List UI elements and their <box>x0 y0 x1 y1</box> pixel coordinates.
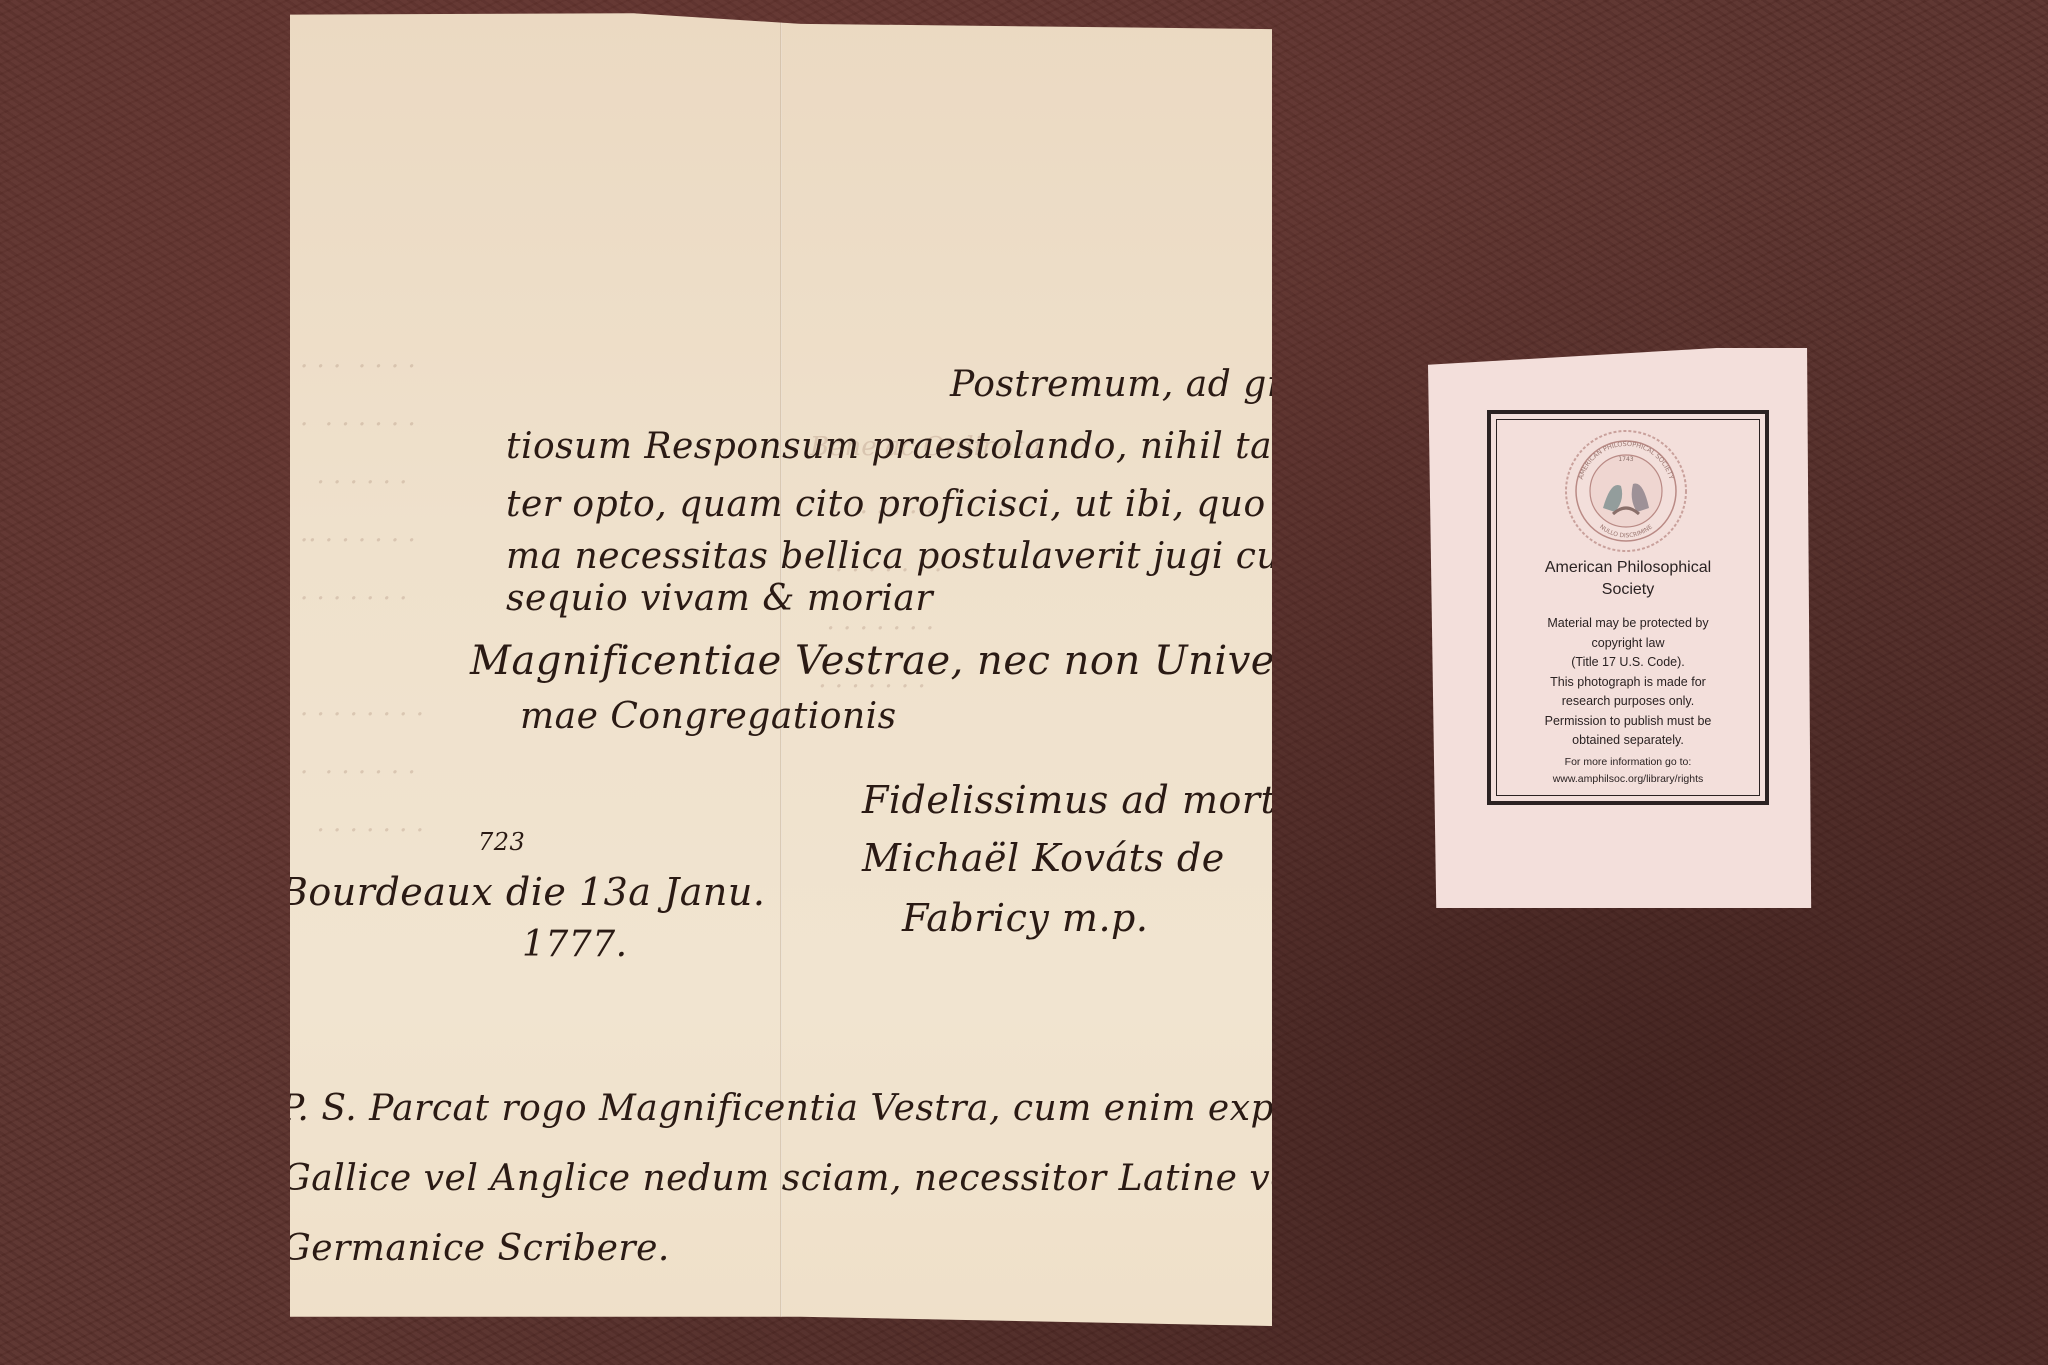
society-name-line: American Philosophical <box>1491 557 1765 579</box>
society-seal-icon: 1743 AMERICAN PHILOSOPHICAL SOCIETY NULL… <box>1563 428 1689 554</box>
card-border: 1743 AMERICAN PHILOSOPHICAL SOCIETY NULL… <box>1487 410 1769 805</box>
notice-line: Permission to publish must be <box>1491 712 1765 732</box>
letter-line: ma necessitas bellica postulaverit jugi … <box>506 536 1396 577</box>
rights-url: www.amphilsoc.org/library/rights <box>1491 771 1765 788</box>
notice-line: This photograph is made for <box>1491 673 1765 693</box>
notice-line: copyright law <box>1491 634 1765 654</box>
postscript-line: P. S. Parcat rogo Magnificentia Vestra, … <box>280 1088 1368 1129</box>
postscript-line: Germanice Scribere. <box>282 1228 670 1269</box>
date-superscript: 723 <box>478 828 525 856</box>
letter-line: ter opto, quam cito proficisci, ut ibi, … <box>506 484 1385 525</box>
manuscript-letter: · · · · · · · · · · · · · · · · · · · · … <box>290 8 1272 1326</box>
notice-line: (Title 17 U.S. Code). <box>1491 653 1765 673</box>
svg-text:1743: 1743 <box>1618 456 1633 463</box>
place-date: Bourdeaux die 13a Janu. <box>280 870 765 914</box>
bleed-through-text-left: · · · · · · · · · · · · · · · · · · · · … <box>300 338 424 860</box>
copyright-notice: Material may be protected by copyright l… <box>1491 614 1765 751</box>
letter-line: sequio vivam & moriar <box>506 578 933 619</box>
notice-line: obtained separately. <box>1491 731 1765 751</box>
letter-line: tiosum Responsum praestolando, nihil tam… <box>506 426 1451 467</box>
signature-line: Michaël Kováts de <box>862 836 1225 880</box>
notice-line: research purposes only. <box>1491 692 1765 712</box>
society-name: American Philosophical Society <box>1491 557 1765 601</box>
society-name-line: Society <box>1491 579 1765 601</box>
letter-line: Postremum, ad gra,, <box>950 364 1330 405</box>
more-info: For more information go to: www.amphilso… <box>1491 754 1765 788</box>
date-year: 1777. <box>522 924 628 965</box>
signature-line: Fabricy m.p. <box>902 896 1148 940</box>
signature-line: Fidelissimus ad mortem <box>862 778 1336 822</box>
more-info-label: For more information go to: <box>1491 754 1765 771</box>
notice-line: Material may be protected by <box>1491 614 1765 634</box>
closing-line: Magnificentiae Vestrae, nec non Universa… <box>470 638 1446 684</box>
closing-line: mae Congregationis <box>520 696 897 737</box>
postscript-line: Gallice vel Anglice nedum sciam, necessi… <box>282 1158 1304 1199</box>
copyright-label-card: 1743 AMERICAN PHILOSOPHICAL SOCIETY NULL… <box>1428 348 1840 908</box>
